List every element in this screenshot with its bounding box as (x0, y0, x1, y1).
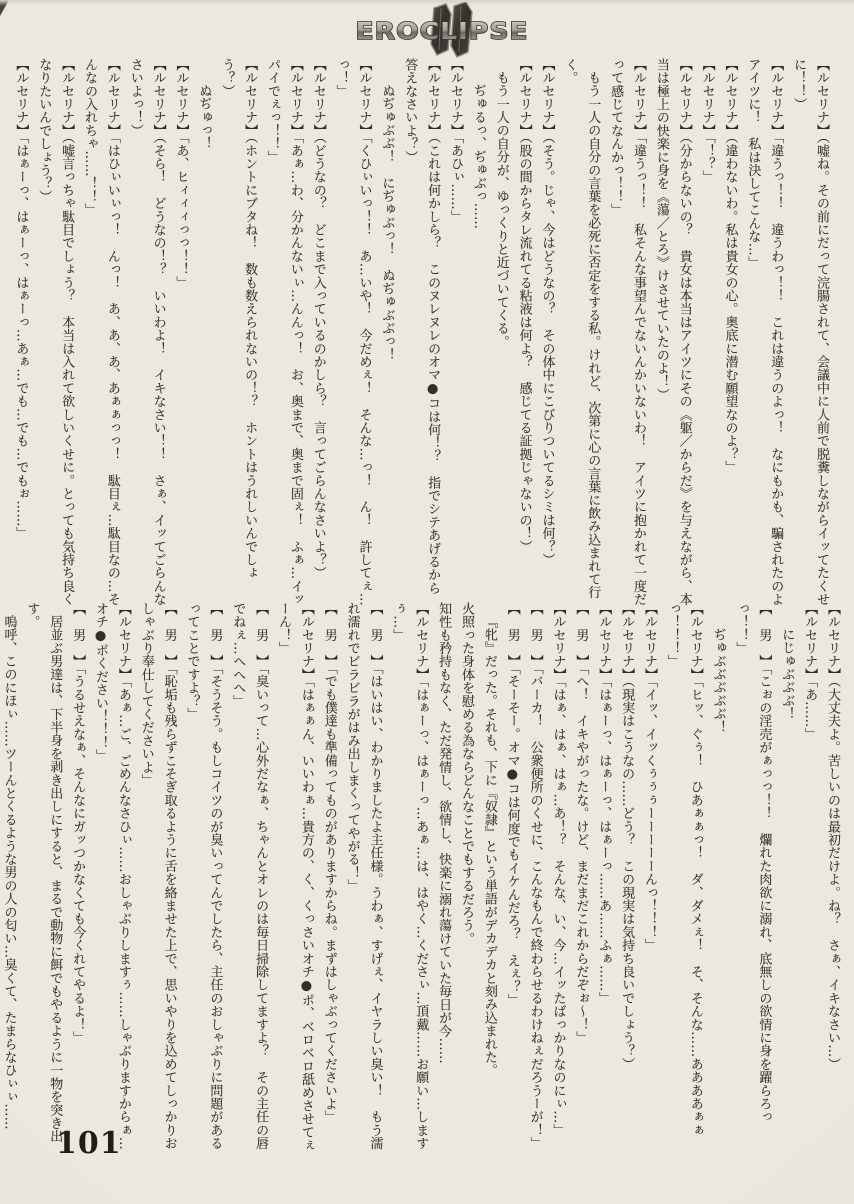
text-line: 【ルセリナ】（嘘ね。その前にだって浣腸されて、会議中に人前で脱糞しながらイッてた… (786, 58, 832, 606)
text-line: もう一人の自分の言葉を必死に否定をする私。けれど、次第に心の言葉に飲み込まれて行… (558, 58, 604, 606)
text-band-top: 【ルセリナ】（嘘ね。その前にだって浣腸されて、会議中に人前で脱糞しながらイッてた… (52, 58, 832, 606)
text-line: 【ルセリナ】（大丈夫よ。苦しいのは最初だけよ。ね？ さぁ、イキなさい…） (820, 602, 843, 1162)
text-line: もう一人の自分が、ゆっくりと近づいてくる。 (489, 58, 512, 606)
text-line: ぬぢゅっ！ (192, 58, 215, 606)
text-line: ぬぢゅぶぶ！ にぢゅぶっ！ ぬぢゅぶぶっ！ (375, 58, 398, 606)
text-line: 【ルセリナ】「あ、ヒィィィっっ！！」 (169, 58, 192, 606)
text-line: 【ルセリナ】「くひぃいっ！！ あ…いや！ 今だめぇ！ そんな…っ！ ん！ 許して… (329, 58, 375, 606)
text-line: 【 男 】「そうそう。もしコイツのが臭いってんでしたら、主任のおしゃぶりに問題が… (180, 602, 226, 1162)
text-line: 【ルセリナ】「はぁぁん、いいわぁ…貴方の、く、くっさいオチ●ポ、ベロベロ舐めさせ… (271, 602, 317, 1162)
text-line: 【 男 】「こぉの淫売がぁっっ！！ 爛れた肉欲に溺れ、底無しの欲情に身を躍らろっ… (729, 602, 775, 1162)
text-line: ぢゅぶぶぶぶぶ！ (706, 602, 729, 1162)
text-line: 【ルセリナ】「はひぃいぃっ！ んっ！ あ、あ、あ、あぁぁっっ！ 駄目ぇ…駄目なの… (77, 58, 123, 606)
text-line: 知性も矜持もなく、ただ発情し、欲情し、快楽に溺れ蕩けていた毎日が今…… (431, 602, 454, 1162)
text-line: 【ルセリナ】（分からないの？ 貴女は本当はアイツにその《躯／からだ》を与えながら… (649, 58, 695, 606)
text-line: 【ルセリナ】「ヒッ、ぐぅ！ ひあぁぁっ！ ダ、ダメぇ！ そ、そんな……ああああぁ… (660, 602, 706, 1162)
text-line: 【ルセリナ】「あ……」 (797, 602, 820, 1162)
text-line: 【 男 】「バーカ！ 公衆便所のくせに、こんなもんで終わらせるわけねぇだろうーが… (523, 602, 546, 1162)
page-number: 101 (56, 1126, 122, 1161)
text-line: 【ルセリナ】「！？」 (695, 58, 718, 606)
text-line: 【ルセリナ】（そう。じゃ、今はどうなの？ その体中にこびりついてるシミは何？） (535, 58, 558, 606)
text-line: 【ルセリナ】「あひぃ……」 (443, 58, 466, 606)
text-line: 『牝』だった。それも、下に『奴隷』という単語がデカデカと刻み込まれた。 (477, 602, 500, 1162)
text-line: 【ルセリナ】（これは何かしら？ このヌレヌレのオマ●コは何！？ 指でシテあげるか… (397, 58, 443, 606)
text-line: 【ルセリナ】「あぁ…わ、分かんないぃ…んんっ！ お、奥まで、奥まで固ぇ！ ふぁ…… (260, 58, 306, 606)
text-line: 【ルセリナ】（どうなの？ どこまで入っているのかしら？ 言ってごらんなさいよ？） (306, 58, 329, 606)
logo-text: EROCLIPSE (356, 18, 529, 45)
text-band-bottom: 【ルセリナ】（大丈夫よ。苦しいのは最初だけよ。ね？ さぁ、イキなさい…）【ルセリ… (52, 602, 843, 1162)
text-line: にじゅぶぶぶ！ (774, 602, 797, 1162)
logo-graphic: EROCLIPSE (338, 2, 543, 58)
text-line: 【ルセリナ】「はぁ、はぁ、はぁ…あ！？ そんな、い、今…イッたばっかりなのにぃ…… (546, 602, 569, 1162)
text-line: 【ルセリナ】「イッ、イッくぅぅぅーーーーーんっ！！！」 (637, 602, 660, 1162)
text-line: 【ルセリナ】「はぁーっ、はぁーっ…あぁ…は、はやく…くださぃ…頂戴……お願い…し… (386, 602, 432, 1162)
text-line: 【ルセリナ】（そら！ どうなの！？ いいわよ！ イキなさい！！ さぁ、イッてごら… (123, 58, 169, 606)
text-line: 【 男 】「恥垢も残らずこそぎ取るように舌を絡ませた上で、思いやりを込めてしっか… (134, 602, 180, 1162)
text-line: 【 男 】「はいはい、わかりましたよ主任様。うわぁ、すげぇ、イヤラしい臭い！ も… (340, 602, 386, 1162)
text-line: 【 男 】「でも僕達も準備ってものがありますからね。まずはしゃぶってくださいよ」 (317, 602, 340, 1162)
text-line: 【ルセリナ】「違うっ！！ 違うわっ！！ これは違うのよっ！ なにもかも、騙された… (741, 58, 787, 606)
text-line: 【ルセリナ】（ホントにブタね！ 数も数えられないの！？ ホントはうれしいんでしょ… (214, 58, 260, 606)
text-line: ぢゅるっ、ぢゅぶっ…… (466, 58, 489, 606)
text-line: 【ルセリナ】「違うっ！！ 私そんな事望んでないんかいないわ！ アイツに抱かれて一… (603, 58, 649, 606)
text-line: 【 男 】「うるせえなぁ、そんなにガッつかなくても今くれてやるよ！」 (65, 602, 88, 1162)
text-line: 【ルセリナ】（股の間からタレ流れてる粘液は何よ？ 感じてる証拠じゃないの！） (512, 58, 535, 606)
text-line: 嗚呼、このにほぃ……ツーんとくるような男の人の匂い…臭くて、たまらなひぃぃ…… (0, 602, 20, 1162)
text-line: 【 男 】「へ！ イキやがったな。けど、まだまだこれからだぞぉ～！」 (569, 602, 592, 1162)
logo: EROCLIPSE (338, 2, 543, 58)
text-line: 居並ぶ男達は、下半身を剥き出しにすると、まるで動物に餌でもやるように一物を突き出… (20, 602, 66, 1162)
text-line: 【ルセリナ】「はぁーっ、はぁーっ、はぁーっ……あ……ふぁ……」 (591, 602, 614, 1162)
text-line: 【ルセリナ】（違わないわ。私は貴女の心。奥底に潜む願望なのよ？」 (718, 58, 741, 606)
text-line: 【ルセリナ】「あぁ…ご、ごめんなさひぃ……おしゃぶりしますぅ……しゃぶりますから… (88, 602, 134, 1162)
text-line: 【 男 】「そーそー。オマ●コは何度でもイケんだろ？ えぇ？」 (500, 602, 523, 1162)
text-line: 【ルセリナ】（嘘言っちゃ駄目でしょう？ 本当は入れて欲しいくせに。とっても気持ち… (31, 58, 77, 606)
text-line: 火照った身体を慰める為ならどんなことでもするだろう。 (454, 602, 477, 1162)
text-line: 【ルセリナ】（現実はこうなの……どう？ この現実は気持ち良いでしょう？） (614, 602, 637, 1162)
text-line: 【ルセリナ】「はぁーっ、はぁーっ、はぁーっ…あぁ…でも…でも…でもぉ……」 (9, 58, 32, 606)
scanned-page: EROCLIPSE 【ルセリナ】（嘘ね。その前にだって浣腸されて、会議中に人前で… (0, 0, 854, 1204)
text-line: 【 男 】「臭いって…心外だなぁ、ちゃんとオレのは毎日掃除してますよ？ その主任… (225, 602, 271, 1162)
